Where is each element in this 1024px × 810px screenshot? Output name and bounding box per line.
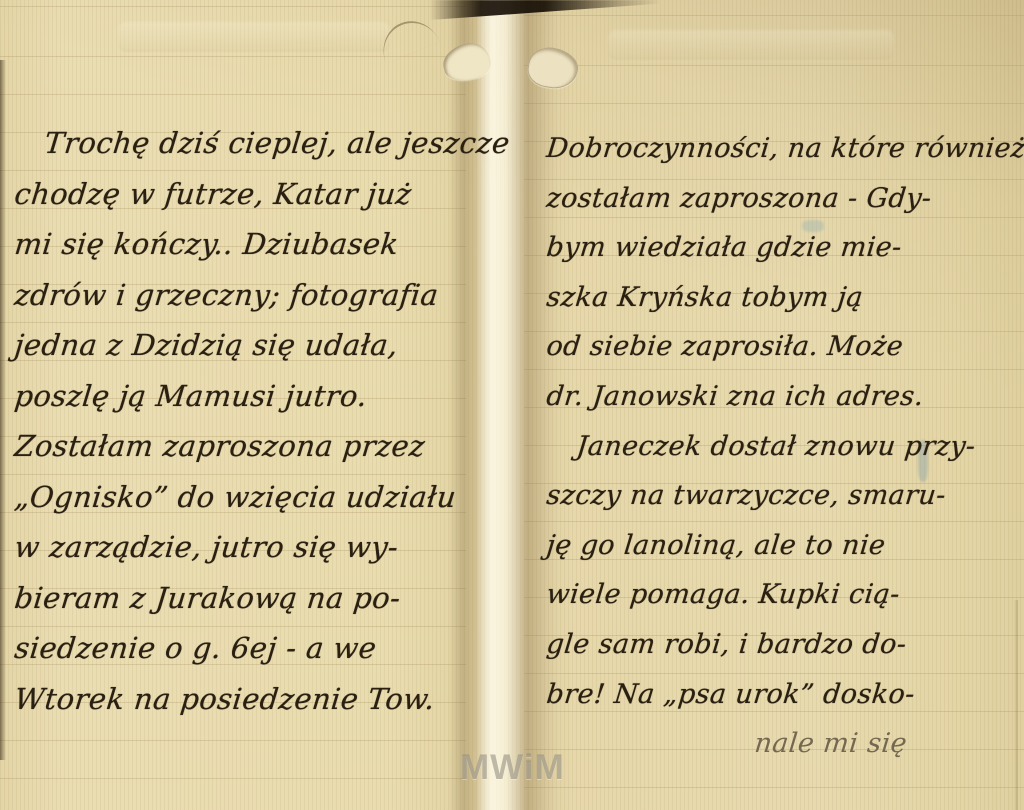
left-page-handwriting: Trochę dziś cieplej, ale jeszczechodzę w…: [12, 118, 467, 724]
archive-watermark: MWiM: [460, 748, 565, 788]
handwriting-line: bieram z Jurakową na po-: [12, 573, 472, 624]
handwriting-line: Zostałam zaproszona przez: [12, 421, 472, 472]
handwriting-line: bre! Na „psa urok” dosko-: [544, 670, 1024, 720]
handwriting-line: zostałam zaproszona - Gdy-: [544, 174, 1024, 224]
paper-crease-scratch: [374, 12, 440, 63]
handwriting-line: gle sam robi, i bardzo do-: [544, 620, 1024, 670]
left-page-edge-shadow: [0, 60, 6, 760]
handwriting-line: wiele pomaga. Kupki cią-: [544, 570, 1024, 620]
handwriting-line: zdrów i grzeczny; fotografia: [12, 270, 472, 321]
handwriting-line: nale mi się: [544, 719, 1024, 769]
handwriting-line: Dobroczynności, na które również: [544, 124, 1024, 174]
handwriting-line: „Ognisko” do wzięcia udziału: [12, 472, 472, 523]
embossed-letterhead-left: [118, 22, 390, 52]
handwriting-line: siedzenie o g. 6ej - a we: [12, 623, 472, 674]
handwriting-line: Trochę dziś cieplej, ale jeszcze: [12, 118, 472, 169]
handwriting-line: mi się kończy.. Dziubasek: [12, 219, 472, 270]
handwriting-line: chodzę w futrze, Katar już: [12, 169, 472, 220]
handwriting-line: ję go lanoliną, ale to nie: [544, 521, 1024, 571]
embossed-letterhead-right: [608, 30, 894, 60]
handwriting-line: bym wiedziała gdzie mie-: [544, 223, 1024, 273]
letter-scan: Trochę dziś cieplej, ale jeszczechodzę w…: [0, 0, 1024, 810]
handwriting-line: dr. Janowski zna ich adres.: [544, 372, 1024, 422]
handwriting-line: Wtorek na posiedzenie Tow.: [12, 674, 472, 725]
handwriting-line: Janeczek dostał znowu przy-: [544, 422, 1024, 472]
handwriting-line: w zarządzie, jutro się wy-: [12, 522, 472, 573]
binding-gap-shadow: [430, 0, 660, 20]
handwriting-line: szczy na twarzyczce, smaru-: [544, 471, 1024, 521]
right-page-handwriting: Dobroczynności, na które równieżzostałam…: [544, 124, 1019, 769]
paper-tear-left: [439, 39, 493, 85]
handwriting-line: jedna z Dzidzią się udała,: [12, 320, 472, 371]
handwriting-line: poszlę ją Mamusi jutro.: [12, 371, 472, 422]
handwriting-line: od siebie zaprosiła. Może: [544, 322, 1024, 372]
handwriting-line: szka Kryńska tobym ją: [544, 273, 1024, 323]
paper-tear-right: [525, 45, 580, 92]
